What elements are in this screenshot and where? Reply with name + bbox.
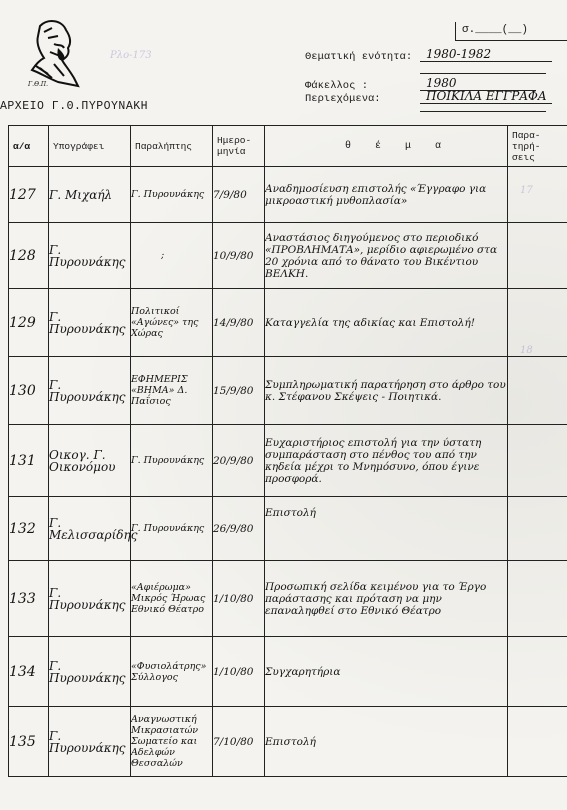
row-notes	[508, 289, 567, 357]
column-header-recipient: Παραλήπτης	[131, 126, 213, 167]
table-row: 131 Οικογ. Γ. Οικονόμου Γ. Πυρουνάκης 20…	[9, 425, 567, 497]
row-recipient: Αναγνωστική Μικρασιατών Σωματείο και Αδε…	[131, 707, 213, 777]
field-label-thematic-unit: Θεματική ενότητα:	[305, 51, 412, 63]
row-subject: Ευχαριστήριος επιστολή για την ύστατη συ…	[265, 425, 508, 497]
row-index: 134	[9, 637, 49, 707]
archive-title: ΑΡΧΕΙΟ Γ.Θ.ΠΥΡΟΥΝΑΚΗ	[0, 100, 148, 113]
row-index: 129	[9, 289, 49, 357]
row-signatory: Γ. Πυρουνάκης	[49, 289, 131, 357]
row-index: 127	[9, 167, 49, 223]
row-date: 7/10/80	[213, 707, 265, 777]
portrait-sketch-icon: Γ.Θ.Π.	[18, 18, 84, 88]
row-notes	[508, 167, 567, 223]
row-notes	[508, 425, 567, 497]
row-notes	[508, 357, 567, 425]
field-label-contents: Περιεχόμενα:	[305, 93, 381, 105]
row-recipient: Γ. Πυρουνάκης	[131, 425, 213, 497]
row-recipient: Γ. Πυρουνάκης	[131, 497, 213, 561]
row-recipient: ;	[131, 223, 213, 289]
row-notes	[508, 497, 567, 561]
row-subject: Προσωπική σελίδα κειμένου για το Έργο πα…	[265, 561, 508, 637]
field-line	[420, 73, 546, 74]
row-index: 135	[9, 707, 49, 777]
correspondence-log-table: α/α Υπογράφει Παραλήπτης Ημερο-μηνία θ έ…	[8, 125, 567, 777]
bleed-through-marks: Ρλο-173	[110, 50, 152, 61]
svg-text:Γ.Θ.Π.: Γ.Θ.Π.	[27, 81, 48, 88]
table-row: 133 Γ. Πυρουνάκης «Αφιέρωμα» Μικρός Ήρωα…	[9, 561, 567, 637]
field-value-contents: ΠΟΙΚΙΛΑ ΕΓΓΡΑΦΑ	[420, 89, 552, 104]
row-signatory: Γ. Μιχαήλ	[49, 167, 131, 223]
column-header-signatory: Υπογράφει	[49, 126, 131, 167]
row-date: 1/10/80	[213, 561, 265, 637]
row-date: 10/9/80	[213, 223, 265, 289]
table-row: 132 Γ. Μελισσαρίδης Γ. Πυρουνάκης 26/9/8…	[9, 497, 567, 561]
row-recipient: Πολιτικοί «Αγώνες» της Χώρας	[131, 289, 213, 357]
field-line	[420, 111, 546, 112]
row-index: 131	[9, 425, 49, 497]
row-subject: Επιστολή	[265, 497, 508, 561]
table-row: 129 Γ. Πυρουνάκης Πολιτικοί «Αγώνες» της…	[9, 289, 567, 357]
row-index: 128	[9, 223, 49, 289]
column-header-notes: Παρα-τηρή-σεις	[508, 126, 567, 167]
table-row: 128 Γ. Πυρουνάκης ; 10/9/80 Αναστάσιος δ…	[9, 223, 567, 289]
page-reference: σ.____(__)	[455, 22, 567, 41]
table-header-row: α/α Υπογράφει Παραλήπτης Ημερο-μηνία θ έ…	[9, 126, 567, 167]
row-signatory: Γ. Πυρουνάκης	[49, 357, 131, 425]
row-subject: Επιστολή	[265, 707, 508, 777]
row-recipient: «Αφιέρωμα» Μικρός Ήρωας Εθνικό Θέατρο	[131, 561, 213, 637]
row-notes	[508, 561, 567, 637]
row-index: 130	[9, 357, 49, 425]
field-value-thematic-unit: 1980-1982	[420, 47, 552, 62]
column-header-subject: θ έ μ α	[265, 126, 508, 167]
table-row: 127 Γ. Μιχαήλ Γ. Πυρουνάκης 7/9/80 Αναδη…	[9, 167, 567, 223]
table-row: 134 Γ. Πυρουνάκης «Φυσιολάτρης» Σύλλογος…	[9, 637, 567, 707]
row-subject: Αναδημοσίευση επιστολής «Έγγραφο για μικ…	[265, 167, 508, 223]
row-signatory: Γ. Μελισσαρίδης	[49, 497, 131, 561]
row-signatory: Γ. Πυρουνάκης	[49, 223, 131, 289]
row-date: 26/9/80	[213, 497, 265, 561]
row-recipient: Γ. Πυρουνάκης	[131, 167, 213, 223]
row-signatory: Γ. Πυρουνάκης	[49, 707, 131, 777]
row-date: 14/9/80	[213, 289, 265, 357]
row-date: 15/9/80	[213, 357, 265, 425]
row-index: 132	[9, 497, 49, 561]
row-recipient: ΕΦΗΜΕΡΙΣ «ΒΗΜΑ» Δ. Παΐσιος	[131, 357, 213, 425]
row-signatory: Γ. Πυρουνάκης	[49, 561, 131, 637]
row-notes	[508, 637, 567, 707]
row-index: 133	[9, 561, 49, 637]
row-signatory: Γ. Πυρουνάκης	[49, 637, 131, 707]
row-subject: Καταγγελία της αδικίας και Επιστολή!	[265, 289, 508, 357]
field-label-folder: Φάκελλος :	[305, 80, 368, 92]
row-subject: Συγχαρητήρια	[265, 637, 508, 707]
column-header-date: Ημερο-μηνία	[213, 126, 265, 167]
row-signatory: Οικογ. Γ. Οικονόμου	[49, 425, 131, 497]
table-row: 130 Γ. Πυρουνάκης ΕΦΗΜΕΡΙΣ «ΒΗΜΑ» Δ. Παΐ…	[9, 357, 567, 425]
row-date: 1/10/80	[213, 637, 265, 707]
table-row: 135 Γ. Πυρουνάκης Αναγνωστική Μικρασιατώ…	[9, 707, 567, 777]
row-subject: Αναστάσιος διηγούμενος στο περιοδικό «ΠΡ…	[265, 223, 508, 289]
row-notes	[508, 707, 567, 777]
row-subject: Συμπληρωματική παρατήρηση στο άρθρο του …	[265, 357, 508, 425]
row-notes	[508, 223, 567, 289]
row-date: 20/9/80	[213, 425, 265, 497]
row-date: 7/9/80	[213, 167, 265, 223]
column-header-index: α/α	[9, 126, 49, 167]
row-recipient: «Φυσιολάτρης» Σύλλογος	[131, 637, 213, 707]
